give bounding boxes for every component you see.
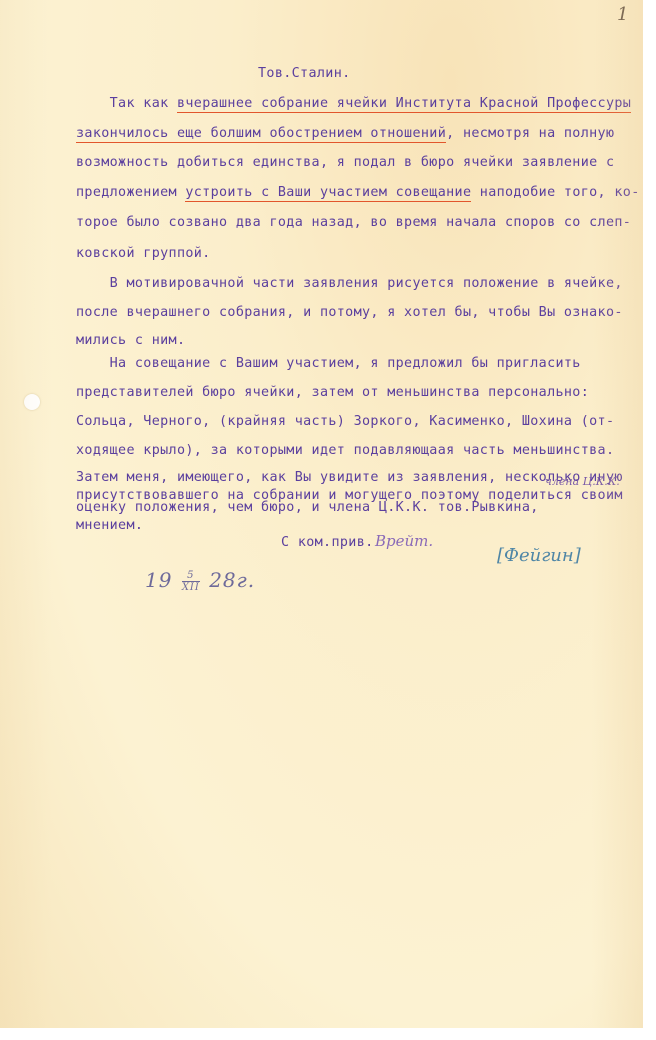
handwritten-date: 19 5 XII 28г.: [145, 568, 255, 593]
letter-line: На совещание с Вашим участием, я предлож…: [76, 356, 581, 372]
line-text: , несмотря на полную: [446, 126, 614, 141]
document-page: 1 Тов.Сталин. Так как вчерашнее собрание…: [0, 0, 643, 1028]
name-in-brackets: [Фейгин]: [497, 545, 581, 566]
letter-line: оценку положения, чем бюро, и члена Ц.К.…: [76, 500, 539, 516]
line-text: присутствовавшего на собрании и могущего…: [76, 488, 623, 503]
line-text: Сольца, Черного, (крайняя часть) Зоркого…: [76, 414, 614, 429]
line-text: возможность добиться единства, я подал в…: [76, 155, 614, 170]
line-text: На совещание с Вашим участием, я предлож…: [76, 356, 581, 371]
letter-line: присутствовавшего на собрании и могущего…: [76, 488, 623, 504]
line-text: мнением.: [76, 518, 143, 533]
letter-line: мились с ним.: [76, 333, 185, 349]
page-number: 1: [617, 4, 628, 25]
line-text: торое было созвано два года назад, во вр…: [76, 215, 631, 230]
handwritten-annotation: члена Ц.К.К.: [545, 475, 620, 488]
line-text: предложением: [76, 185, 185, 200]
line-text: представителей бюро ячейки, затем от мен…: [76, 385, 589, 400]
line-text: Затем меня, имеющего, как Вы увидите из …: [76, 470, 623, 485]
letter-line: представителей бюро ячейки, затем от мен…: [76, 385, 589, 401]
underlined-text: закончилось еще болшим обострением отнош…: [76, 126, 446, 143]
letter-line: Сольца, Черного, (крайняя часть) Зоркого…: [76, 414, 614, 430]
letter-line: торое было созвано два года назад, во вр…: [76, 215, 631, 231]
letter-line: Так как вчерашнее собрание ячейки Инстит…: [76, 96, 631, 112]
date-month: 5 XII: [182, 570, 200, 593]
letter-line: после вчерашнего собрания, и потому, я х…: [76, 305, 623, 321]
letter-line: мнением.: [76, 518, 143, 534]
line-text: после вчерашнего собрания, и потому, я х…: [76, 305, 623, 320]
line-text: ходящее крыло), за которыми идет подавля…: [76, 443, 614, 458]
closing: С ком.прив.: [281, 535, 374, 551]
date-month-num: 5: [182, 570, 200, 582]
letter-line: закончилось еще болшим обострением отнош…: [76, 126, 614, 142]
letter-line: ходящее крыло), за которыми идет подавля…: [76, 443, 614, 459]
letter-line: возможность добиться единства, я подал в…: [76, 155, 614, 171]
salutation: Тов.Сталин.: [258, 66, 351, 82]
line-text: Так как: [76, 96, 177, 111]
letter-line: предложением устроить с Ваши участием со…: [76, 185, 640, 201]
underlined-text: вчерашнее собрание ячейки Института Крас…: [177, 96, 631, 113]
line-text: наподобие того, ко-: [471, 185, 639, 200]
date-day: 19: [145, 568, 172, 592]
line-text: В мотивировачной части заявления рисуетс…: [76, 276, 623, 291]
letter-line: В мотивировачной части заявления рисуетс…: [76, 276, 623, 292]
line-text: ковской группой.: [76, 246, 211, 261]
date-month-den: XII: [182, 582, 200, 593]
signature: Врейт.: [375, 532, 433, 550]
underlined-text: устроить с Ваши участием совещание: [185, 185, 471, 202]
date-year: 28г.: [209, 568, 255, 592]
letter-line: ковской группой.: [76, 246, 211, 262]
line-text: оценку положения, чем бюро, и члена Ц.К.…: [76, 500, 539, 515]
line-text: мились с ним.: [76, 333, 185, 348]
punch-hole: [24, 394, 40, 410]
letter-line: Затем меня, имеющего, как Вы увидите из …: [76, 470, 623, 486]
